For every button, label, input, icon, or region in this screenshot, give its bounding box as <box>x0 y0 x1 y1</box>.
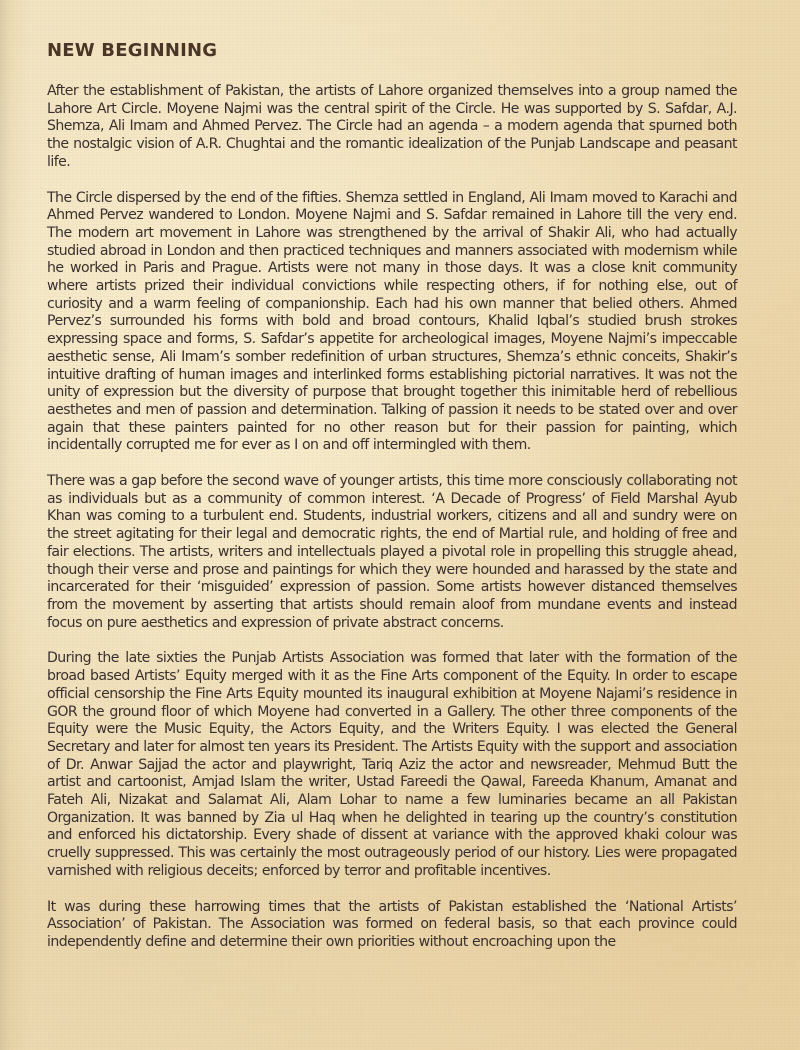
paragraph-artists-equity: During the late sixties the Punjab Artis… <box>47 650 737 880</box>
paragraph-national-artists-association: It was during these harrowing times that… <box>47 899 737 952</box>
paragraph-circle-dispersed: The Circle dispersed by the end of the f… <box>47 190 737 456</box>
paragraph-lahore-art-circle: After the establishment of Pakistan, the… <box>47 83 737 172</box>
paragraph-second-wave: There was a gap before the second wave o… <box>47 473 737 632</box>
section-heading: NEW BEGINNING <box>47 40 737 61</box>
document-page: NEW BEGINNING After the establishment of… <box>47 40 737 970</box>
